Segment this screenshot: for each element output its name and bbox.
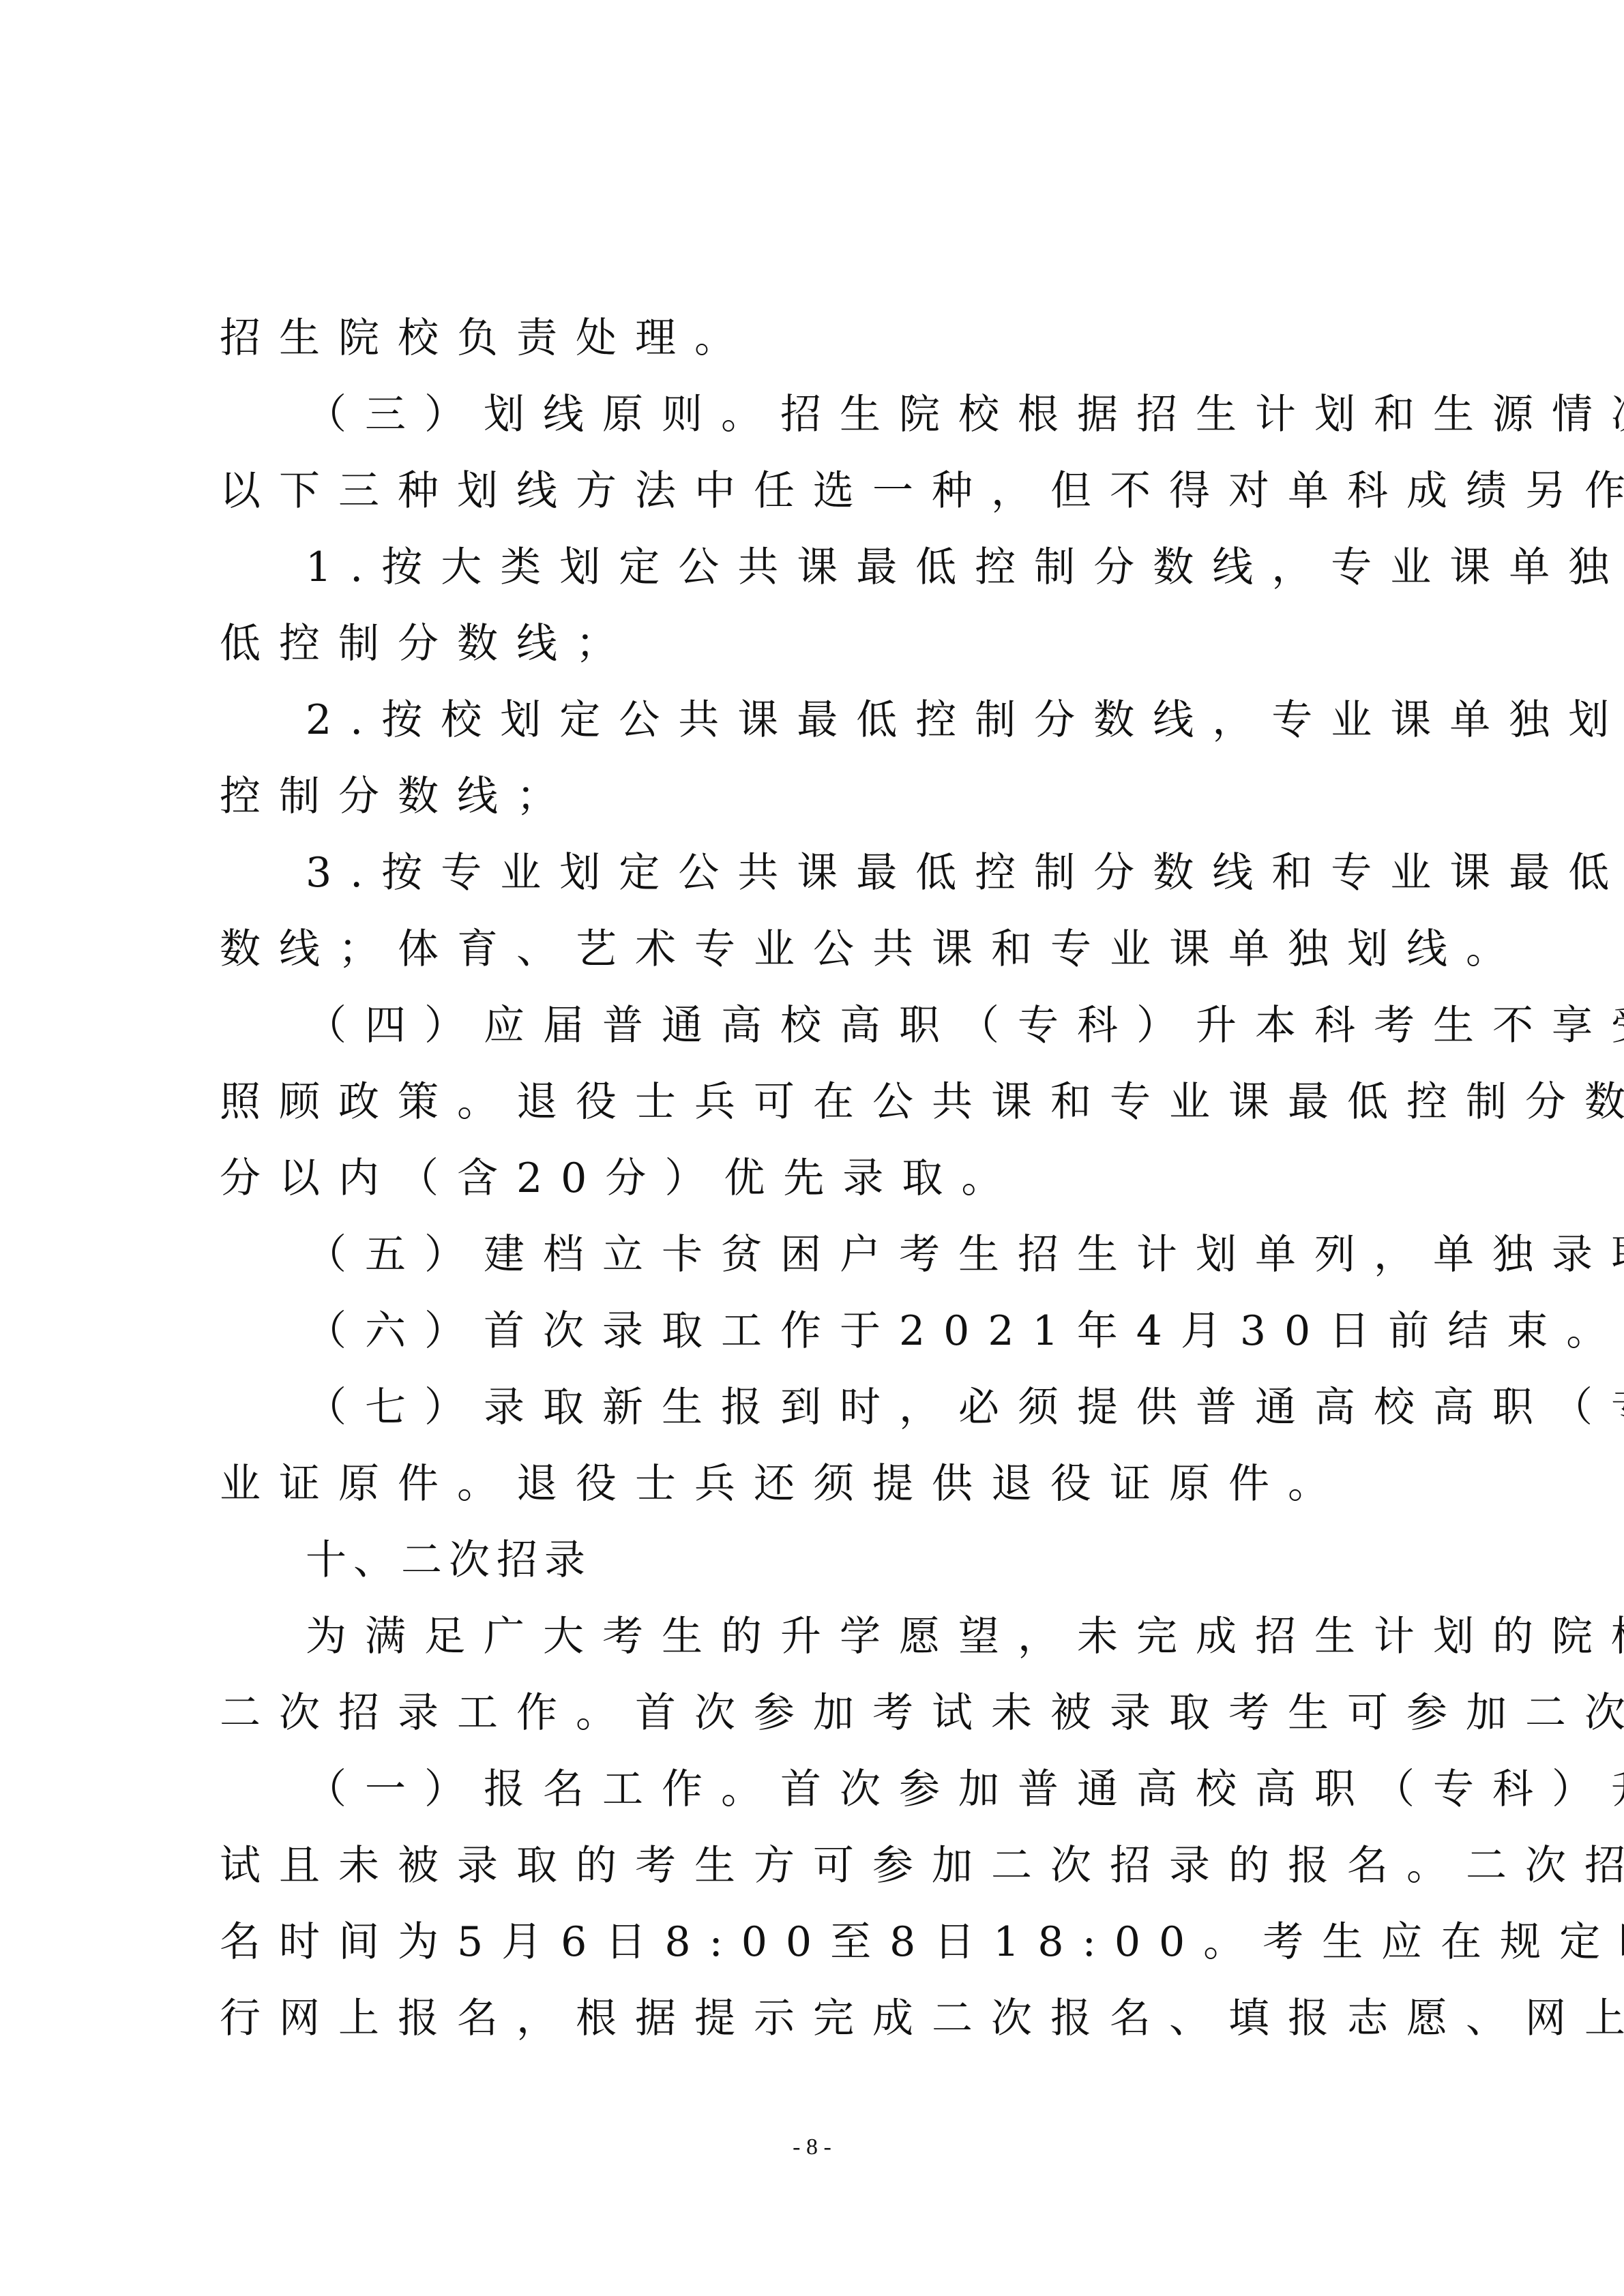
list-item-method-2: 2.按校划定公共课最低控制分数线，专业课单独划定最低 控制分数线；: [220, 682, 1406, 835]
list-item-method-3: 3.按专业划定公共课最低控制分数线和专业课最低控制分 数线；体育、艺术专业公共课…: [220, 835, 1406, 987]
text-line: 招生院校负责处理。: [220, 300, 1406, 376]
text-line: （三）划线原则。招生院校根据招生计划和生源情况，从: [220, 376, 1406, 453]
text-line: 试且未被录取的考生方可参加二次招录的报名。二次招录网上报: [220, 1828, 1406, 1904]
text-line: 低控制分数线；: [220, 606, 1406, 682]
paragraph-policy-4: （四）应届普通高校高职（专科）升本科考生不享受各类 照顾政策。退役士兵可在公共课…: [220, 987, 1406, 1217]
text-line: （六）首次录取工作于2021年4月30日前结束。: [220, 1293, 1406, 1369]
text-line: 数线；体育、艺术专业公共课和专业课单独划线。: [220, 911, 1406, 987]
text-line: （五）建档立卡贫困户考生招生计划单列，单独录取。: [220, 1217, 1406, 1293]
text-line: 以下三种划线方法中任选一种，但不得对单科成绩另作要求：: [220, 453, 1406, 529]
text-line: 行网上报名，根据提示完成二次报名、填报志愿、网上缴费（只: [220, 1980, 1406, 2057]
text-line: 名时间为5月6日8:00至8日18:00。考生应在规定时间内进: [220, 1904, 1406, 1980]
text-line: 1.按大类划定公共课最低控制分数线，专业课单独划定最: [220, 529, 1406, 606]
paragraph-registration: （一）报名工作。首次参加普通高校高职（专科）升本科考 试且未被录取的考生方可参加…: [220, 1751, 1406, 2057]
text-line: （四）应届普通高校高职（专科）升本科考生不享受各类: [220, 987, 1406, 1064]
text-line: 二次招录工作。首次参加考试未被录取考生可参加二次招录。: [220, 1675, 1406, 1751]
paragraph-policy-7: （七）录取新生报到时，必须提供普通高校高职（专科）毕 业证原件。退役士兵还须提供…: [220, 1369, 1406, 1522]
paragraph-continuation: 招生院校负责处理。: [220, 300, 1406, 376]
list-item-method-1: 1.按大类划定公共课最低控制分数线，专业课单独划定最 低控制分数线；: [220, 529, 1406, 682]
text-line: 分以内（含20分）优先录取。: [220, 1140, 1406, 1217]
paragraph-marking-principle: （三）划线原则。招生院校根据招生计划和生源情况，从 以下三种划线方法中任选一种，…: [220, 376, 1406, 529]
page-number: - 8 -: [0, 2134, 1624, 2160]
paragraph-second-admission-intro: 为满足广大考生的升学愿望，未完成招生计划的院校实行 二次招录工作。首次参加考试未…: [220, 1598, 1406, 1751]
text-line: 业证原件。退役士兵还须提供退役证原件。: [220, 1446, 1406, 1522]
text-line: 控制分数线；: [220, 758, 1406, 835]
text-line: 3.按专业划定公共课最低控制分数线和专业课最低控制分: [220, 835, 1406, 911]
text-line: 2.按校划定公共课最低控制分数线，专业课单独划定最低: [220, 682, 1406, 758]
text-line: （一）报名工作。首次参加普通高校高职（专科）升本科考: [220, 1751, 1406, 1828]
section-heading: 十、二次招录: [220, 1522, 1406, 1598]
text-line: 为满足广大考生的升学愿望，未完成招生计划的院校实行: [220, 1598, 1406, 1675]
text-line: 照顾政策。退役士兵可在公共课和专业课最低控制分数线下20: [220, 1064, 1406, 1140]
paragraph-policy-6: （六）首次录取工作于2021年4月30日前结束。: [220, 1293, 1406, 1369]
document-page: 招生院校负责处理。 （三）划线原则。招生院校根据招生计划和生源情况，从 以下三种…: [220, 300, 1406, 2057]
text-line: （七）录取新生报到时，必须提供普通高校高职（专科）毕: [220, 1369, 1406, 1446]
paragraph-policy-5: （五）建档立卡贫困户考生招生计划单列，单独录取。: [220, 1217, 1406, 1293]
